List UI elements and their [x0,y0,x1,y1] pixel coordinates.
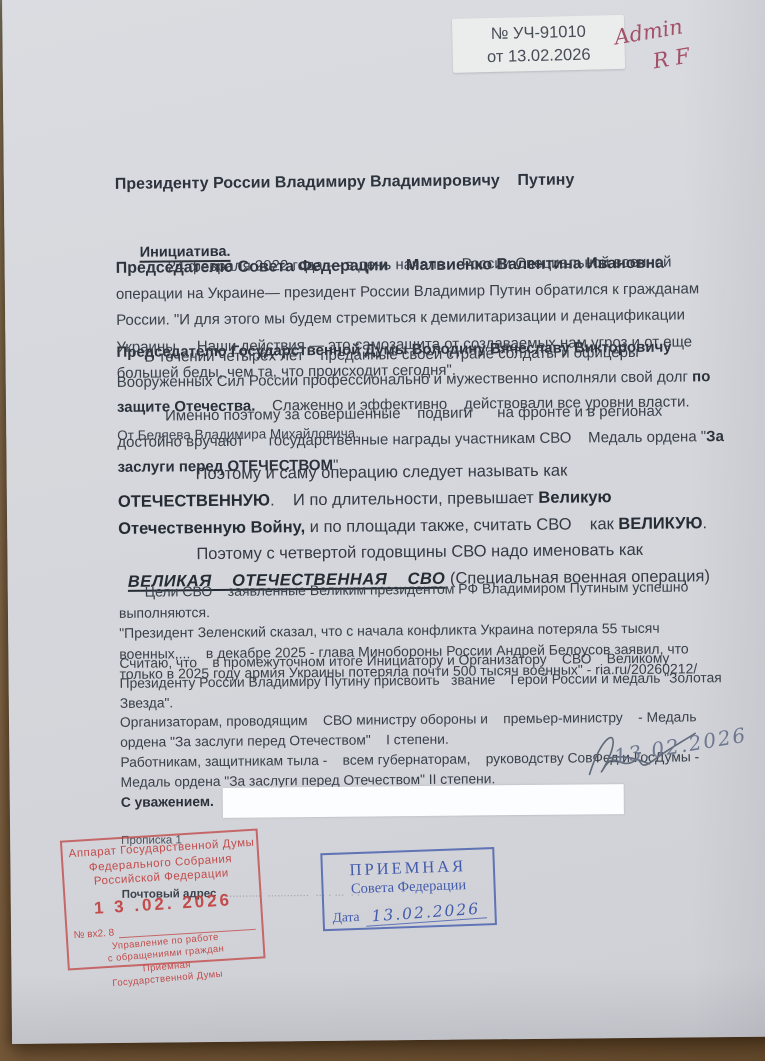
bold-run: ОТЕЧЕСТВЕННУЮ [118,491,270,510]
photo-background: № УЧ-91010 от 13.02.2026 Admin R F Прези… [0,0,765,1061]
stamp-date-label: Дата [332,909,359,926]
recipient-line-president: Президенту России Владимиру Владимирович… [115,165,723,199]
registration-date: от 13.02.2026 [453,43,625,70]
paragraph-text: Считаю, что в промежуточном итоге Инициа… [119,648,728,713]
paragraph-text: Цели СВО заявленные Великим президентом … [119,576,727,623]
paragraph-text: Поэтому с четвертой годовщины СВО надо и… [118,536,726,569]
paragraph-text: Именно поэтому за совершенные подвиги на… [117,403,706,451]
redaction-box-address [223,784,624,818]
sovfed-reception-stamp: ПРИЕМНАЯ Совета Федерации Дата13.02.2026 [320,847,497,931]
document-paper: № УЧ-91010 от 13.02.2026 Admin R F Прези… [2,0,765,1044]
paragraph-text: и по площади также, считать СВО как [305,515,618,536]
duma-stamp: Аппарат Государственной Думы Федеральног… [60,828,266,970]
bold-run: ВЕЛИКУЮ [618,514,702,533]
body-paragraph-large: Поэтому и саму операцию следует называть… [118,456,727,596]
paragraph-text: Поэтому и саму операцию следует называть… [196,462,572,484]
stamp-date-row: Дата13.02.2026 [332,901,487,925]
stamp-handwritten-date: 13.02.2026 [365,899,487,927]
paragraph-text: . И по длительности, превышает [270,489,539,510]
stamp-date: 1 3 .02. 2026 [72,888,255,919]
paragraph-text: . [702,514,707,532]
paragraph-text: Поэтому и саму операцию следует называть… [118,456,727,542]
admin-note-handwriting: Admin R F [612,1,755,111]
paragraph-text: В течении четырёх лет преданные своей ст… [117,344,692,391]
stamp-number-label: № вх2. 8 [73,927,114,940]
registration-sticker: № УЧ-91010 от 13.02.2026 [452,15,625,73]
